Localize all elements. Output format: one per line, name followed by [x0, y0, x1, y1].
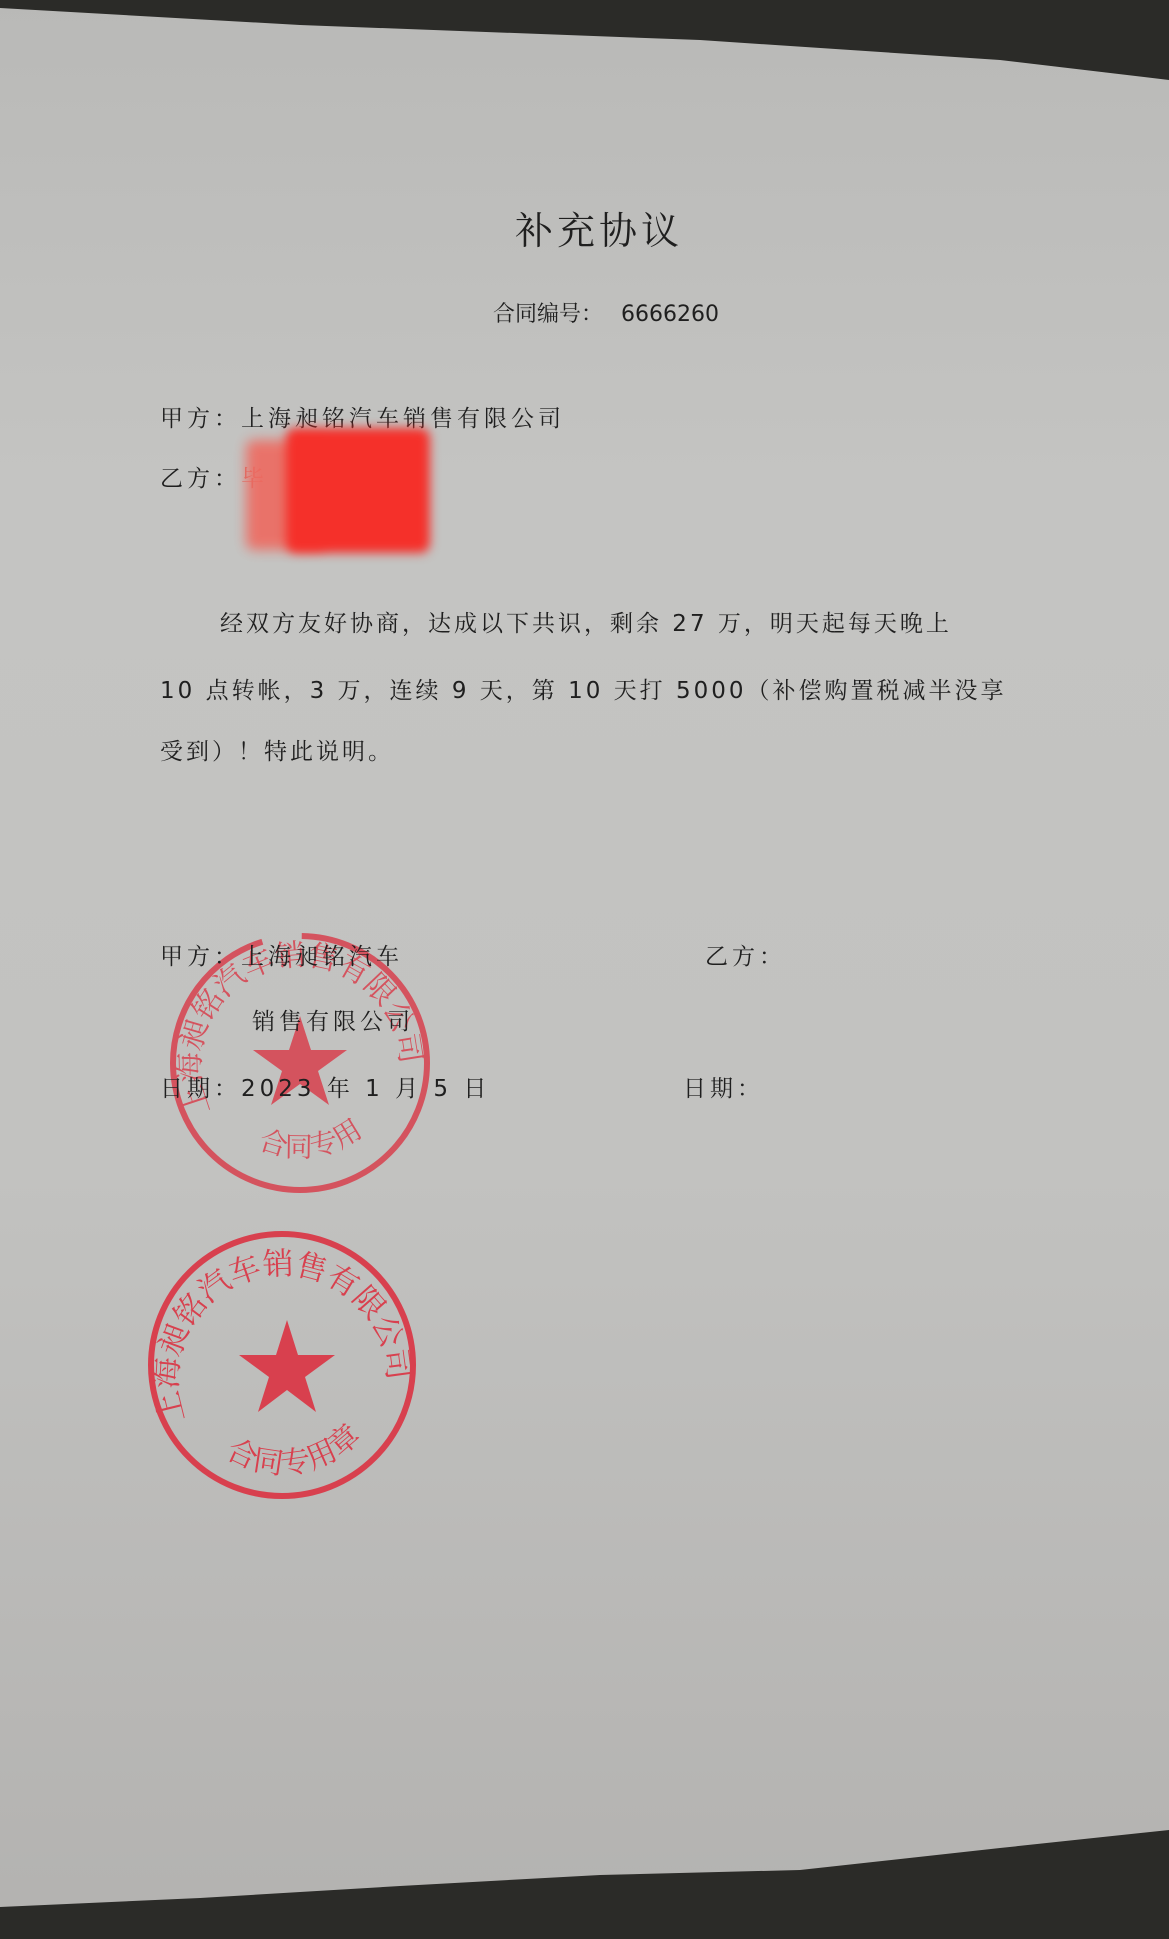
signature-party-b-date: 日期：	[683, 1070, 764, 1103]
contract-number-value: 6666260	[621, 302, 719, 327]
body-line: 经双方友好协商，达成以下共识，剩余 27 万，明天起每天晚上	[220, 605, 952, 638]
body-line: 受到）！特此说明。	[160, 733, 394, 766]
party-a-label: 甲方：	[160, 406, 241, 432]
contract-number-label: 合同编号：	[493, 302, 603, 327]
signature-party-a-date: 日期：2023 年 1 月 5 日	[160, 1070, 490, 1103]
seal-inner-text: 合同专用章	[221, 1418, 367, 1483]
redaction-mark	[286, 428, 430, 553]
body-line: 10 点转帐，3 万，连续 9 天，第 10 天打 5000（补偿购置税减半没享	[160, 672, 1007, 705]
signature-party-a-cont: 销售有限公司	[252, 1003, 414, 1036]
star-icon	[239, 1320, 335, 1412]
signature-party-b: 乙方：	[705, 938, 786, 971]
company-seal: 上海昶铭汽车销售有限公司 合同专用章	[145, 1228, 420, 1503]
contract-number: 合同编号：6666260	[493, 297, 719, 328]
document-title: 补充协议	[515, 200, 683, 255]
signature-party-a: 甲方：上海昶铭汽车	[160, 938, 403, 971]
party-b-label: 乙方：	[160, 466, 241, 492]
